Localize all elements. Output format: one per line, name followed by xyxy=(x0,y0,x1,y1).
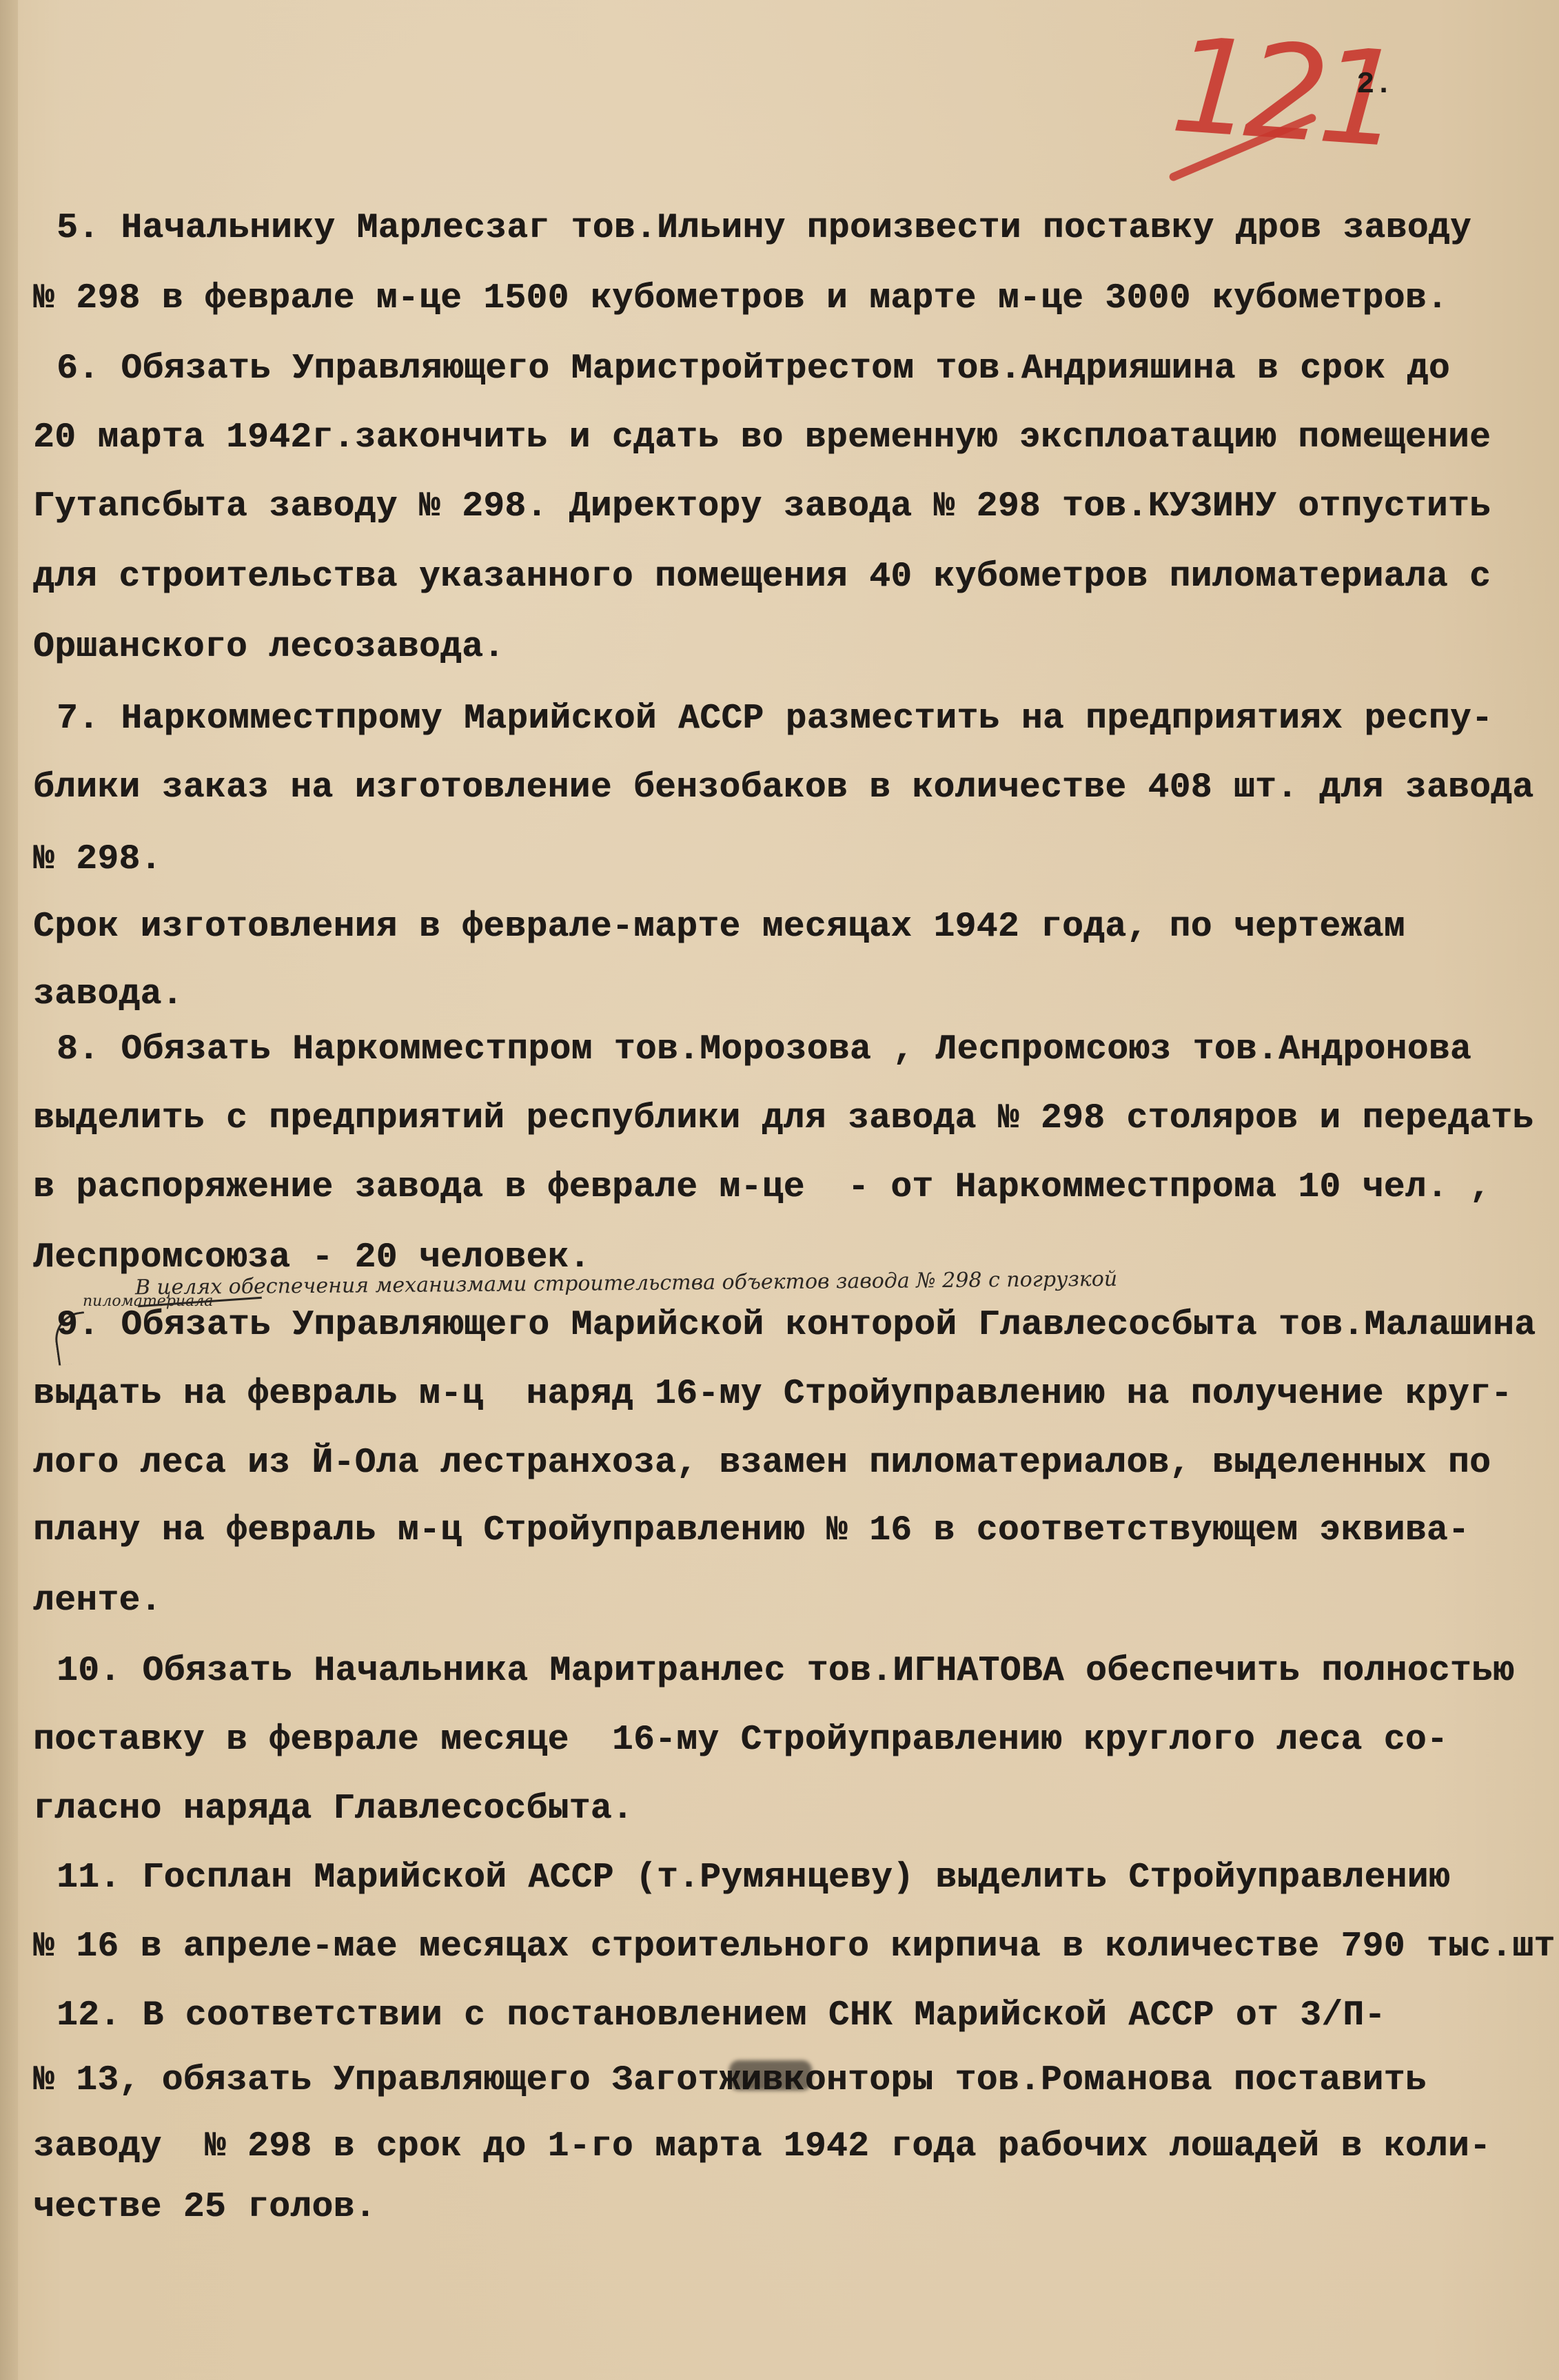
paragraph-7-line-1: 7. Наркомместпрому Марийской АССР размес… xyxy=(57,701,1493,737)
paragraph-10-line-1: 10. Обязать Начальника Маритранлес тов.И… xyxy=(57,1654,1514,1689)
paragraph-8-line-2: выделить с предприятий республики для за… xyxy=(33,1101,1533,1136)
paragraph-7-line-4: Срок изготовления в феврале-марте месяца… xyxy=(33,910,1405,945)
paragraph-7-line-3: № 298. xyxy=(33,842,162,877)
paragraph-6-line-1: 6. Обязать Управляющего Маристройтрестом… xyxy=(57,351,1450,387)
paragraph-7-line-2: блики заказ на изготовление бензобаков в… xyxy=(33,770,1533,806)
paragraph-8-line-1: 8. Обязать Наркомместпром тов.Морозова ,… xyxy=(57,1032,1471,1067)
paragraph-9-line-2: выдать на февраль м-ц наряд 16-му Стройу… xyxy=(33,1377,1512,1412)
paragraph-6-line-4: для строительства указанного помещения 4… xyxy=(33,560,1491,595)
paragraph-8-line-4: Леспромсоюза - 20 человек. xyxy=(33,1240,591,1275)
page-number: 2. xyxy=(1356,68,1393,102)
paragraph-9-line-4: плану на февраль м-ц Стройуправлению № 1… xyxy=(33,1513,1469,1548)
paragraph-9-line-3: лого леса из Й-Ола лестранхоза, взамен п… xyxy=(33,1446,1491,1481)
paragraph-7-line-5: завода. xyxy=(33,977,183,1012)
document-page: 121 2. 5. Начальнику Марлесзаг тов.Ильин… xyxy=(0,0,1559,2380)
paragraph-5-line-2: № 298 в феврале м-це 1500 кубометров и м… xyxy=(33,281,1448,316)
paragraph-11-line-2: № 16 в апреле-мае месяцах строительного … xyxy=(33,1929,1559,1964)
paragraph-10-line-2: поставку в феврале месяце 16-му Стройупр… xyxy=(33,1723,1448,1758)
paragraph-9-line-1: 9. Обязать Управляющего Марийской контор… xyxy=(57,1308,1536,1343)
overtyped-correction xyxy=(729,2060,812,2091)
paragraph-12-line-1: 12. В соответствии с постановлением СНК … xyxy=(57,1998,1386,2033)
paragraph-8-line-3: в распоряжение завода в феврале м-це - о… xyxy=(33,1170,1491,1205)
paragraph-6-line-3: Гутапсбыта заводу № 298. Директору завод… xyxy=(33,489,1491,524)
paragraph-5-line-1: 5. Начальнику Марлесзаг тов.Ильину произ… xyxy=(57,211,1471,246)
paragraph-11-line-1: 11. Госплан Марийской АССР (т.Румянцеву)… xyxy=(57,1860,1450,1896)
paragraph-10-line-3: гласно наряда Главлесосбыта. xyxy=(33,1792,633,1827)
paragraph-9-line-5: ленте. xyxy=(33,1583,162,1619)
paragraph-6-line-5: Оршанского лесозавода. xyxy=(33,630,505,665)
paragraph-6-line-2: 20 марта 1942г.закончить и сдать во врем… xyxy=(33,420,1491,455)
paragraph-12-line-4: честве 25 голов. xyxy=(33,2190,376,2225)
paragraph-12-line-3: заводу № 298 в срок до 1-го марта 1942 г… xyxy=(33,2129,1491,2164)
binding-edge xyxy=(0,0,18,2380)
